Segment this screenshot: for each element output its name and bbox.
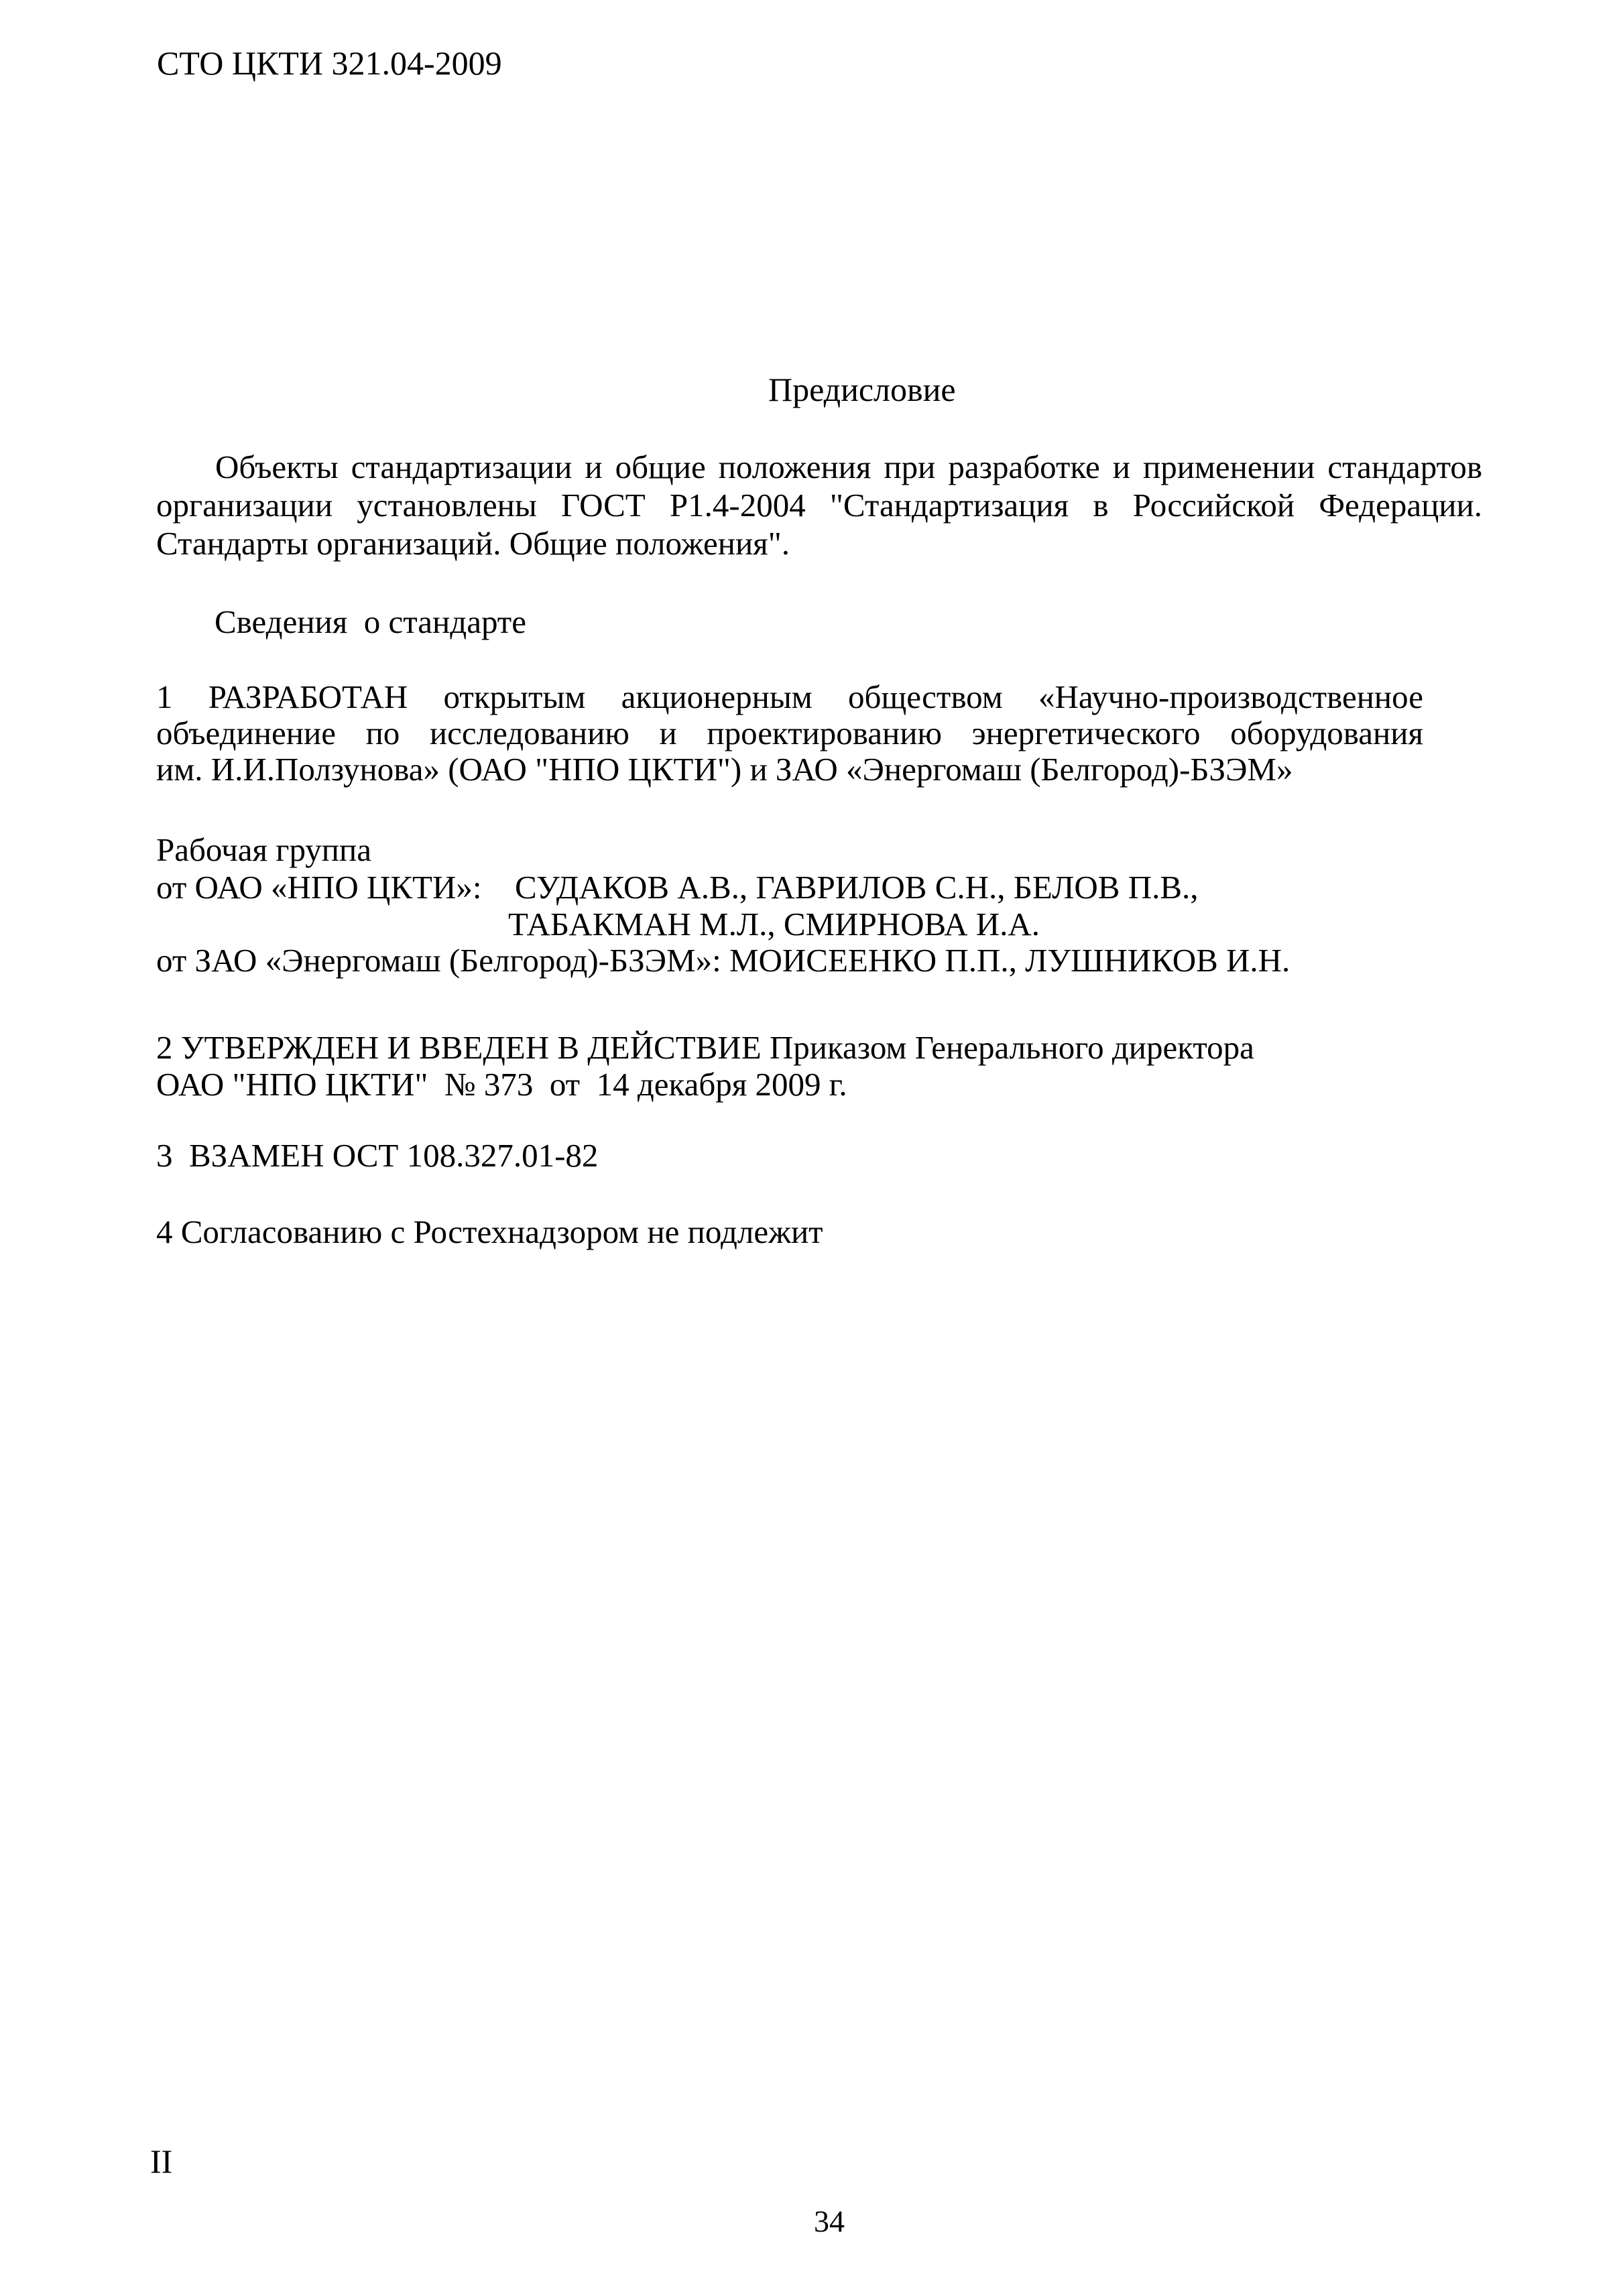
working-group-org1-label: от ОАО «НПО ЦКТИ»: — [156, 868, 481, 906]
foreword-paragraph: Объекты стандартизации и общие положения… — [156, 448, 1482, 562]
item-3-replaces: 3 ВЗАМЕН ОСТ 108.327.01-82 — [156, 1136, 598, 1174]
item-line: им. И.И.Ползунова» (ОАО "НПО ЦКТИ") и ЗА… — [156, 751, 1423, 788]
paragraph-line: Объекты стандартизации и общие положения… — [156, 448, 1482, 486]
item-line: объединение по исследованию и проектиров… — [156, 715, 1423, 751]
document-page: СТО ЦКТИ 321.04-2009 Предисловие Объекты… — [0, 0, 1623, 2296]
item-line: 1 РАЗРАБОТАН открытым акционерным общест… — [156, 679, 1423, 715]
paragraph-line: организации установлены ГОСТ Р1.4-2004 "… — [156, 486, 1482, 524]
item-1-developed-by: 1 РАЗРАБОТАН открытым акционерным общест… — [156, 679, 1423, 788]
item-4-approval-note: 4 Согласованию с Ростехнадзором не подле… — [156, 1213, 823, 1251]
foreword-title: Предисловие — [768, 371, 956, 409]
working-group-org1-names: ТАБАКМАН М.Л., СМИРНОВА И.А. — [508, 905, 1040, 943]
page-number: 34 — [814, 2202, 845, 2240]
document-code: СТО ЦКТИ 321.04-2009 — [157, 44, 502, 82]
item-2-order: ОАО "НПО ЦКТИ" № 373 от 14 декабря 2009 … — [156, 1065, 847, 1103]
working-group-title: Рабочая группа — [156, 831, 371, 869]
standard-info-title: Сведения о стандарте — [215, 603, 526, 641]
working-group-org2: от ЗАО «Энергомаш (Белгород)-БЗЭМ»: МОИС… — [156, 941, 1290, 979]
roman-page-number: II — [150, 2142, 172, 2181]
item-2-approved: 2 УТВЕРЖДЕН И ВВЕДЕН В ДЕЙСТВИЕ Приказом… — [156, 1028, 1254, 1067]
working-group-org1-names: СУДАКОВ А.В., ГАВРИЛОВ С.Н., БЕЛОВ П.В., — [515, 868, 1199, 906]
paragraph-line: Стандарты организаций. Общие положения". — [156, 524, 1482, 562]
